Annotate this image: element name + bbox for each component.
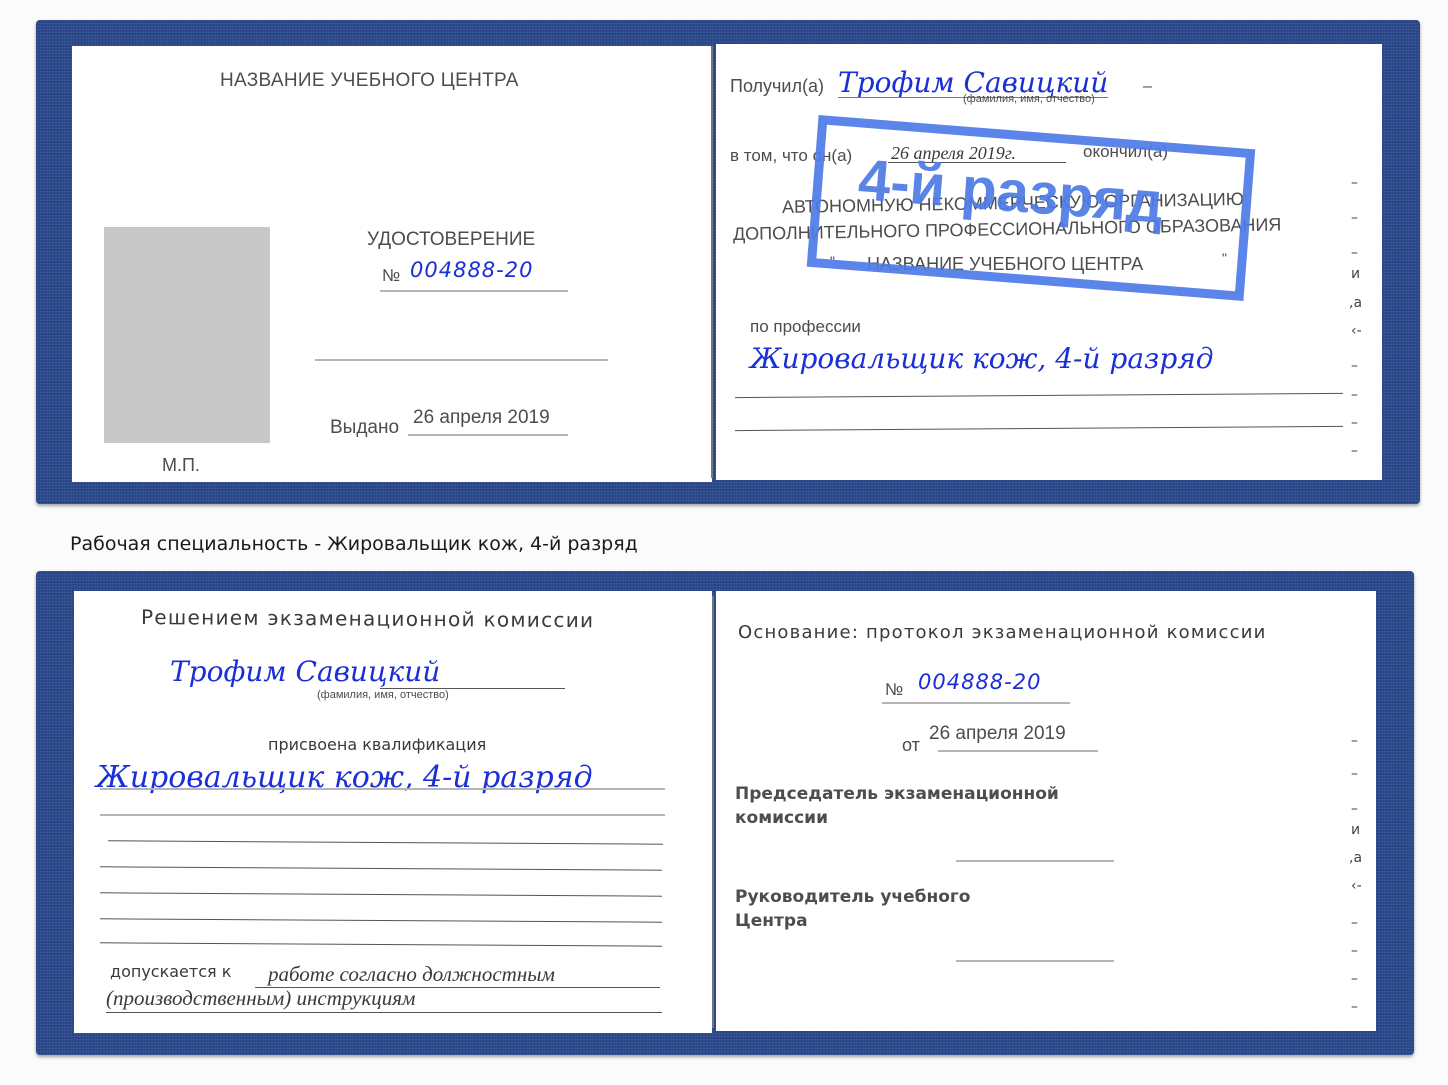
edge-mark: – bbox=[1351, 733, 1358, 749]
protocol-number-underline bbox=[882, 702, 1070, 704]
qualification-underline-2 bbox=[100, 814, 665, 816]
edge-mark: – bbox=[1351, 175, 1358, 191]
stamp-place-label: М.П. bbox=[162, 455, 200, 476]
director-label-line-1: Руководитель учебного bbox=[735, 887, 970, 907]
protocol-date-value: 26 апреля 2019 bbox=[929, 723, 1066, 745]
edge-mark: – bbox=[1351, 387, 1358, 403]
certificate-number-underline bbox=[380, 290, 568, 292]
edge-mark: – bbox=[1351, 766, 1358, 782]
director-label-line-2: Центра bbox=[735, 911, 808, 931]
edge-mark: и bbox=[1351, 266, 1360, 282]
edge-mark: – bbox=[1351, 443, 1358, 459]
admitted-value-line-1: работе согласно должностным bbox=[268, 962, 555, 987]
edge-mark: ,а bbox=[1349, 850, 1362, 866]
issued-date-underline bbox=[408, 434, 568, 436]
profession-value: Жировальщик кож, 4-й разряд bbox=[750, 342, 1214, 375]
edge-mark: – bbox=[1351, 943, 1358, 959]
issued-label: Выдано bbox=[330, 417, 399, 439]
recipient-name: Трофим Савицкий bbox=[170, 655, 440, 688]
chairman-label-line-2: комиссии bbox=[735, 808, 828, 828]
protocol-number-label: № bbox=[885, 680, 903, 700]
chairman-signature-line bbox=[956, 860, 1114, 862]
edge-mark: ‹- bbox=[1351, 323, 1362, 339]
edge-mark: – bbox=[1351, 915, 1358, 931]
signature-line bbox=[315, 359, 608, 361]
protocol-number-value: 004888-20 bbox=[918, 670, 1041, 694]
bottom-spine bbox=[712, 596, 714, 1028]
edge-mark: ,а bbox=[1349, 295, 1362, 311]
director-signature-line bbox=[956, 960, 1114, 962]
qualification-underline-1 bbox=[100, 788, 665, 790]
basis-heading: Основание: протокол экзаменационной коми… bbox=[738, 622, 1267, 643]
edge-mark: – bbox=[1351, 245, 1358, 261]
protocol-date-label: от bbox=[902, 735, 920, 756]
edge-mark: – bbox=[1351, 999, 1358, 1015]
edge-mark: – bbox=[1351, 971, 1358, 987]
edge-mark: – bbox=[1351, 358, 1358, 374]
top-spine bbox=[711, 46, 713, 478]
specialty-caption: Рабочая специальность - Жировальщик кож,… bbox=[70, 533, 638, 555]
qualification-label: присвоена квалификация bbox=[268, 735, 486, 754]
certificate-number-value: 004888-20 bbox=[410, 258, 533, 282]
recipient-name-hint: (фамилия, имя, отчество) bbox=[317, 689, 449, 701]
edge-mark: – bbox=[1351, 801, 1358, 817]
recipient-name-hint: (фамилия, имя, отчество) bbox=[963, 93, 1095, 105]
decision-heading: Решением экзаменационной комиссии bbox=[141, 605, 595, 632]
document-title: УДОСТОВЕРЕНИЕ bbox=[367, 229, 535, 251]
edge-mark: и bbox=[1351, 822, 1360, 838]
received-label: Получил(а) bbox=[730, 76, 824, 97]
chairman-label-line-1: Председатель экзаменационной bbox=[735, 784, 1059, 804]
admitted-underline-2 bbox=[106, 1012, 662, 1013]
issued-date: 26 апреля 2019 bbox=[413, 407, 550, 429]
profession-label: по профессии bbox=[750, 317, 861, 337]
admitted-value-line-2: (производственным) инструкциям bbox=[106, 986, 415, 1011]
protocol-date-underline bbox=[938, 750, 1098, 752]
certificate-number-label: № bbox=[382, 266, 400, 286]
photo-placeholder bbox=[104, 227, 270, 443]
admitted-label: допускается к bbox=[110, 962, 231, 981]
edge-mark: – bbox=[1351, 415, 1358, 431]
edge-mark: – bbox=[1351, 210, 1358, 226]
recipient-dash: – bbox=[1143, 78, 1152, 96]
edge-mark: ‹- bbox=[1351, 878, 1362, 894]
training-center-name: НАЗВАНИЕ УЧЕБНОГО ЦЕНТРА bbox=[220, 70, 519, 92]
